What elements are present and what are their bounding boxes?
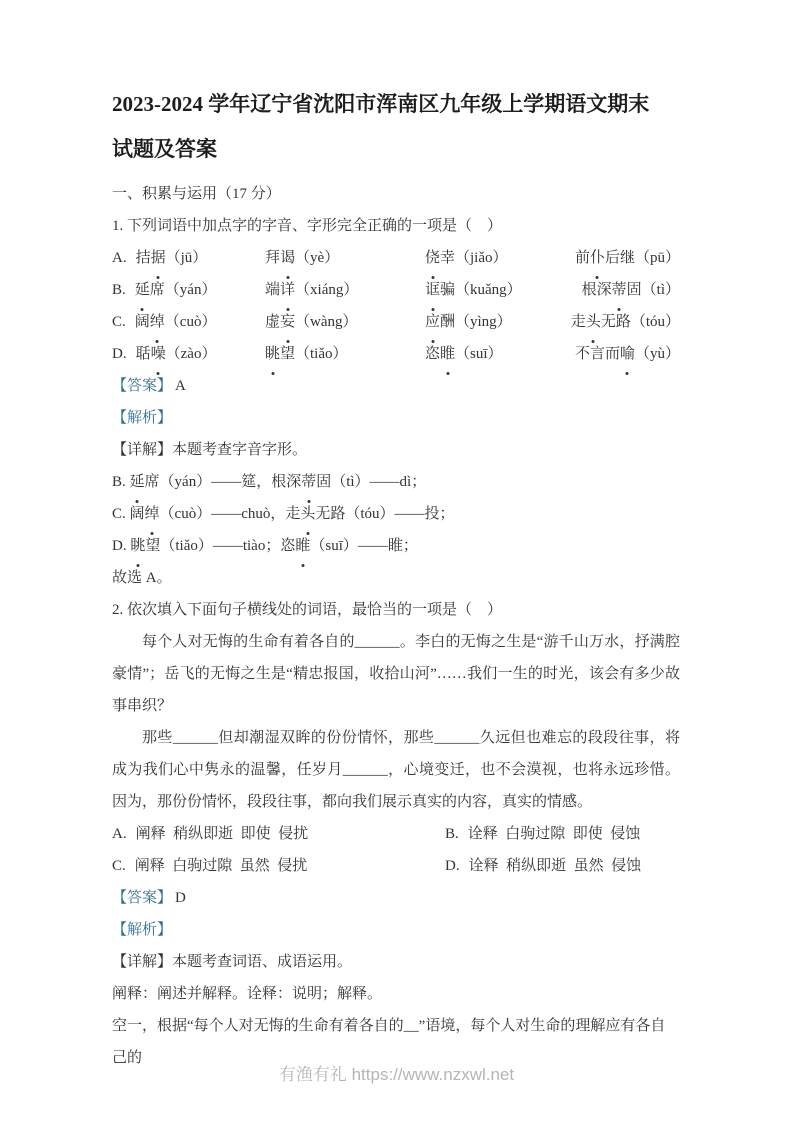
option-letter: B.	[445, 826, 459, 842]
option-word: 不言而喻（yù）	[565, 338, 680, 370]
option-word: 走头无路（tóu）	[565, 306, 680, 338]
question-1-stem: 1. 下列词语中加点字的字音、字形完全正确的一项是（ ）	[112, 210, 680, 242]
option-letter: D.	[445, 858, 460, 874]
q1-answer-line: 【答案】A	[112, 370, 680, 402]
question-2-stem: 2. 依次填入下面句子横线处的词语，最恰当的一项是（ ）	[112, 594, 680, 626]
q1-explanation-line: 故选 A。	[112, 562, 680, 594]
q2-paragraph-1: 每个人对无悔的生命有着各自的______。李白的无悔之生是“游千山万水，抒满腔豪…	[112, 626, 680, 722]
analysis-label: 【解析】	[112, 922, 172, 938]
option-word: 应酬（yìng）	[425, 306, 565, 338]
q2-option-d: D.诠释 稍纵即逝 虽然 侵蚀	[445, 850, 680, 882]
option-text: 阐释 稍纵即逝 即使 侵扰	[136, 826, 309, 842]
q1-explanation-line: D. 眺望（tiǎo）——tiào；恣睢（suī）——睢；	[112, 530, 680, 562]
q2-answer-line: 【答案】D	[112, 882, 680, 914]
q2-option-b: B.诠释 白驹过隙 即使 侵蚀	[445, 818, 680, 850]
option-word: 端详（xiáng）	[265, 274, 425, 306]
option-word: 侥幸（jiǎo）	[425, 242, 565, 274]
q2-explanation-line: 阐释：阐述并解释。诠释：说明；解释。	[112, 978, 680, 1010]
option-word: 聒噪（zào）	[136, 346, 217, 362]
answer-label: 【答案】	[112, 890, 172, 906]
option-word: 恣睢（suī）	[425, 338, 565, 370]
q1-explanation-line: 【详解】本题考查字音字形。	[112, 434, 680, 466]
q1-option-row-c: C.阔绰（cuò） 虚妄（wàng） 应酬（yìng） 走头无路（tóu）	[112, 306, 680, 338]
option-word: 虚妄（wàng）	[265, 306, 425, 338]
option-word: 前仆后继（pū）	[565, 242, 680, 274]
section-heading: 一、积累与运用（17 分）	[112, 178, 680, 210]
q2-options: A.阐释 稍纵即逝 即使 侵扰 B.诠释 白驹过隙 即使 侵蚀 C.阐释 白驹过…	[112, 818, 680, 882]
q2-option-c: C.阐释 白驹过隙 虽然 侵扰	[112, 850, 445, 882]
answer-value: D	[175, 890, 186, 906]
option-word: 根深蒂固（tì）	[565, 274, 680, 306]
page-content: 2023-2024 学年辽宁省沈阳市浑南区九年级上学期语文期末 试题及答案 一、…	[112, 82, 680, 1074]
analysis-label: 【解析】	[112, 410, 172, 426]
q1-option-row-d: D.聒噪（zào） 眺望（tiǎo） 恣睢（suī） 不言而喻（yù）	[112, 338, 680, 370]
q2-explanation-line: 【详解】本题考查词语、成语运用。	[112, 946, 680, 978]
option-word: 阔绰（cuò）	[135, 314, 217, 330]
option-word: 诓骗（kuǎng）	[425, 274, 565, 306]
answer-label: 【答案】	[112, 378, 172, 394]
option-text: 诠释 白驹过隙 即使 侵蚀	[468, 826, 641, 842]
option-text: 阐释 白驹过隙 虽然 侵扰	[135, 858, 308, 874]
q2-analysis-line: 【解析】	[112, 914, 680, 946]
option-letter: C.	[112, 858, 126, 874]
q1-option-row-a: A.拮据（jū） 拜谒（yè） 侥幸（jiǎo） 前仆后继（pū）	[112, 242, 680, 274]
exam-title: 2023-2024 学年辽宁省沈阳市浑南区九年级上学期语文期末 试题及答案	[112, 82, 680, 172]
option-letter: C.	[112, 314, 126, 330]
option-letter: D.	[112, 346, 127, 362]
option-word: 延席（yán）	[135, 282, 217, 298]
exam-title-line2: 试题及答案	[112, 127, 680, 172]
q1-explanation-line: B. 延席（yán）——筵，根深蒂固（tì）——dì；	[112, 466, 680, 498]
q1-option-row-b: B.延席（yán） 端详（xiáng） 诓骗（kuǎng） 根深蒂固（tì）	[112, 274, 680, 306]
q2-paragraph-2: 那些______但却潮湿双眸的份份情怀，那些______久远但也难忘的段段往事，…	[112, 722, 680, 818]
option-letter: A.	[112, 826, 127, 842]
option-word: 拮据（jū）	[136, 250, 208, 266]
exam-title-line1: 2023-2024 学年辽宁省沈阳市浑南区九年级上学期语文期末	[112, 82, 680, 127]
q2-option-a: A.阐释 稍纵即逝 即使 侵扰	[112, 818, 445, 850]
option-word: 眺望（tiǎo）	[265, 338, 425, 370]
q1-analysis-line: 【解析】	[112, 402, 680, 434]
q1-explanation-line: C. 阔绰（cuò）——chuò，走头无路（tóu）——投；	[112, 498, 680, 530]
option-text: 诠释 稍纵即逝 虽然 侵蚀	[469, 858, 642, 874]
option-word: 拜谒（yè）	[265, 242, 425, 274]
answer-value: A	[175, 378, 186, 394]
option-letter: A.	[112, 250, 127, 266]
option-letter: B.	[112, 282, 126, 298]
q1-options: A.拮据（jū） 拜谒（yè） 侥幸（jiǎo） 前仆后继（pū） B.延席（y…	[112, 242, 680, 370]
watermark-footer: 有渔有礼 https://www.nzxwl.net	[0, 1060, 793, 1085]
